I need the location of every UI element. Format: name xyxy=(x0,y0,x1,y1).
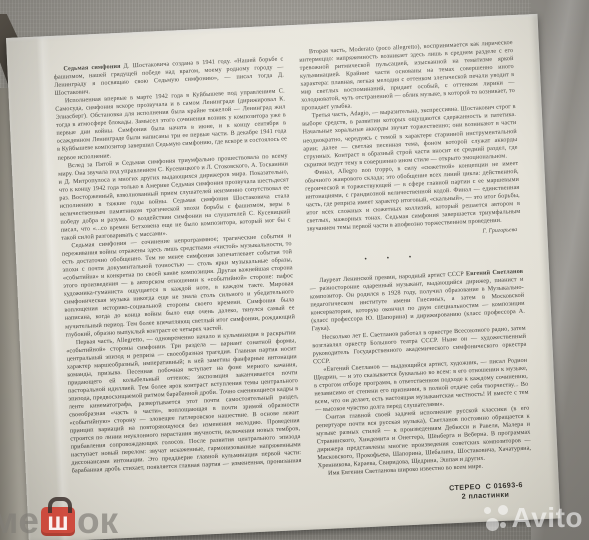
bio-paragraph: Считая главной своей задачей исполнение … xyxy=(315,405,531,471)
notes-paragraph: Вторая часть, Moderato (poco allegretto)… xyxy=(299,39,516,113)
meshok-text-prefix: ме xyxy=(0,500,39,540)
meshok-bag-letter: ш xyxy=(47,506,69,536)
avito-watermark: Avito xyxy=(483,502,583,534)
notes-paragraph: Первая часть, Allegretto, — одновременно… xyxy=(66,329,302,476)
notes-paragraph: Третья часть, Adagio, — выразительна, эк… xyxy=(302,103,518,169)
notes-paragraph: Финал, Allegro non troppo, в силу «сюжет… xyxy=(304,160,521,234)
listing-photo: Седьмая симфония Д. Шостаковича создана … xyxy=(0,0,589,540)
record-sleeve-back: Седьмая симфония Д. Шостаковича создана … xyxy=(6,14,560,540)
avito-logo-text: Avito xyxy=(512,502,583,534)
liner-notes-left-column: Седьмая симфония Д. Шостаковича создана … xyxy=(53,55,301,475)
meshok-bag-icon: ш xyxy=(41,507,75,536)
bio-paragraph: Лауреат Ленинской премии, народный артис… xyxy=(309,268,525,334)
meshok-text-suffix: ок xyxy=(77,500,118,540)
meshok-watermark: ме ш ок xyxy=(0,500,118,540)
notes-paragraph: Вслед за Пятой и Седьмая симфония триумф… xyxy=(58,152,291,243)
notes-paragraph: Исполненная впервые в марте 1942 года в … xyxy=(55,88,288,163)
section-separator-dots: • • • xyxy=(308,248,522,266)
avito-dots-icon xyxy=(483,505,509,531)
liner-notes-right-column: Вторая часть, Moderato (poco allegretto)… xyxy=(299,39,534,510)
notes-paragraph: Седьмая симфония — сочинение непрограммн… xyxy=(61,232,295,339)
